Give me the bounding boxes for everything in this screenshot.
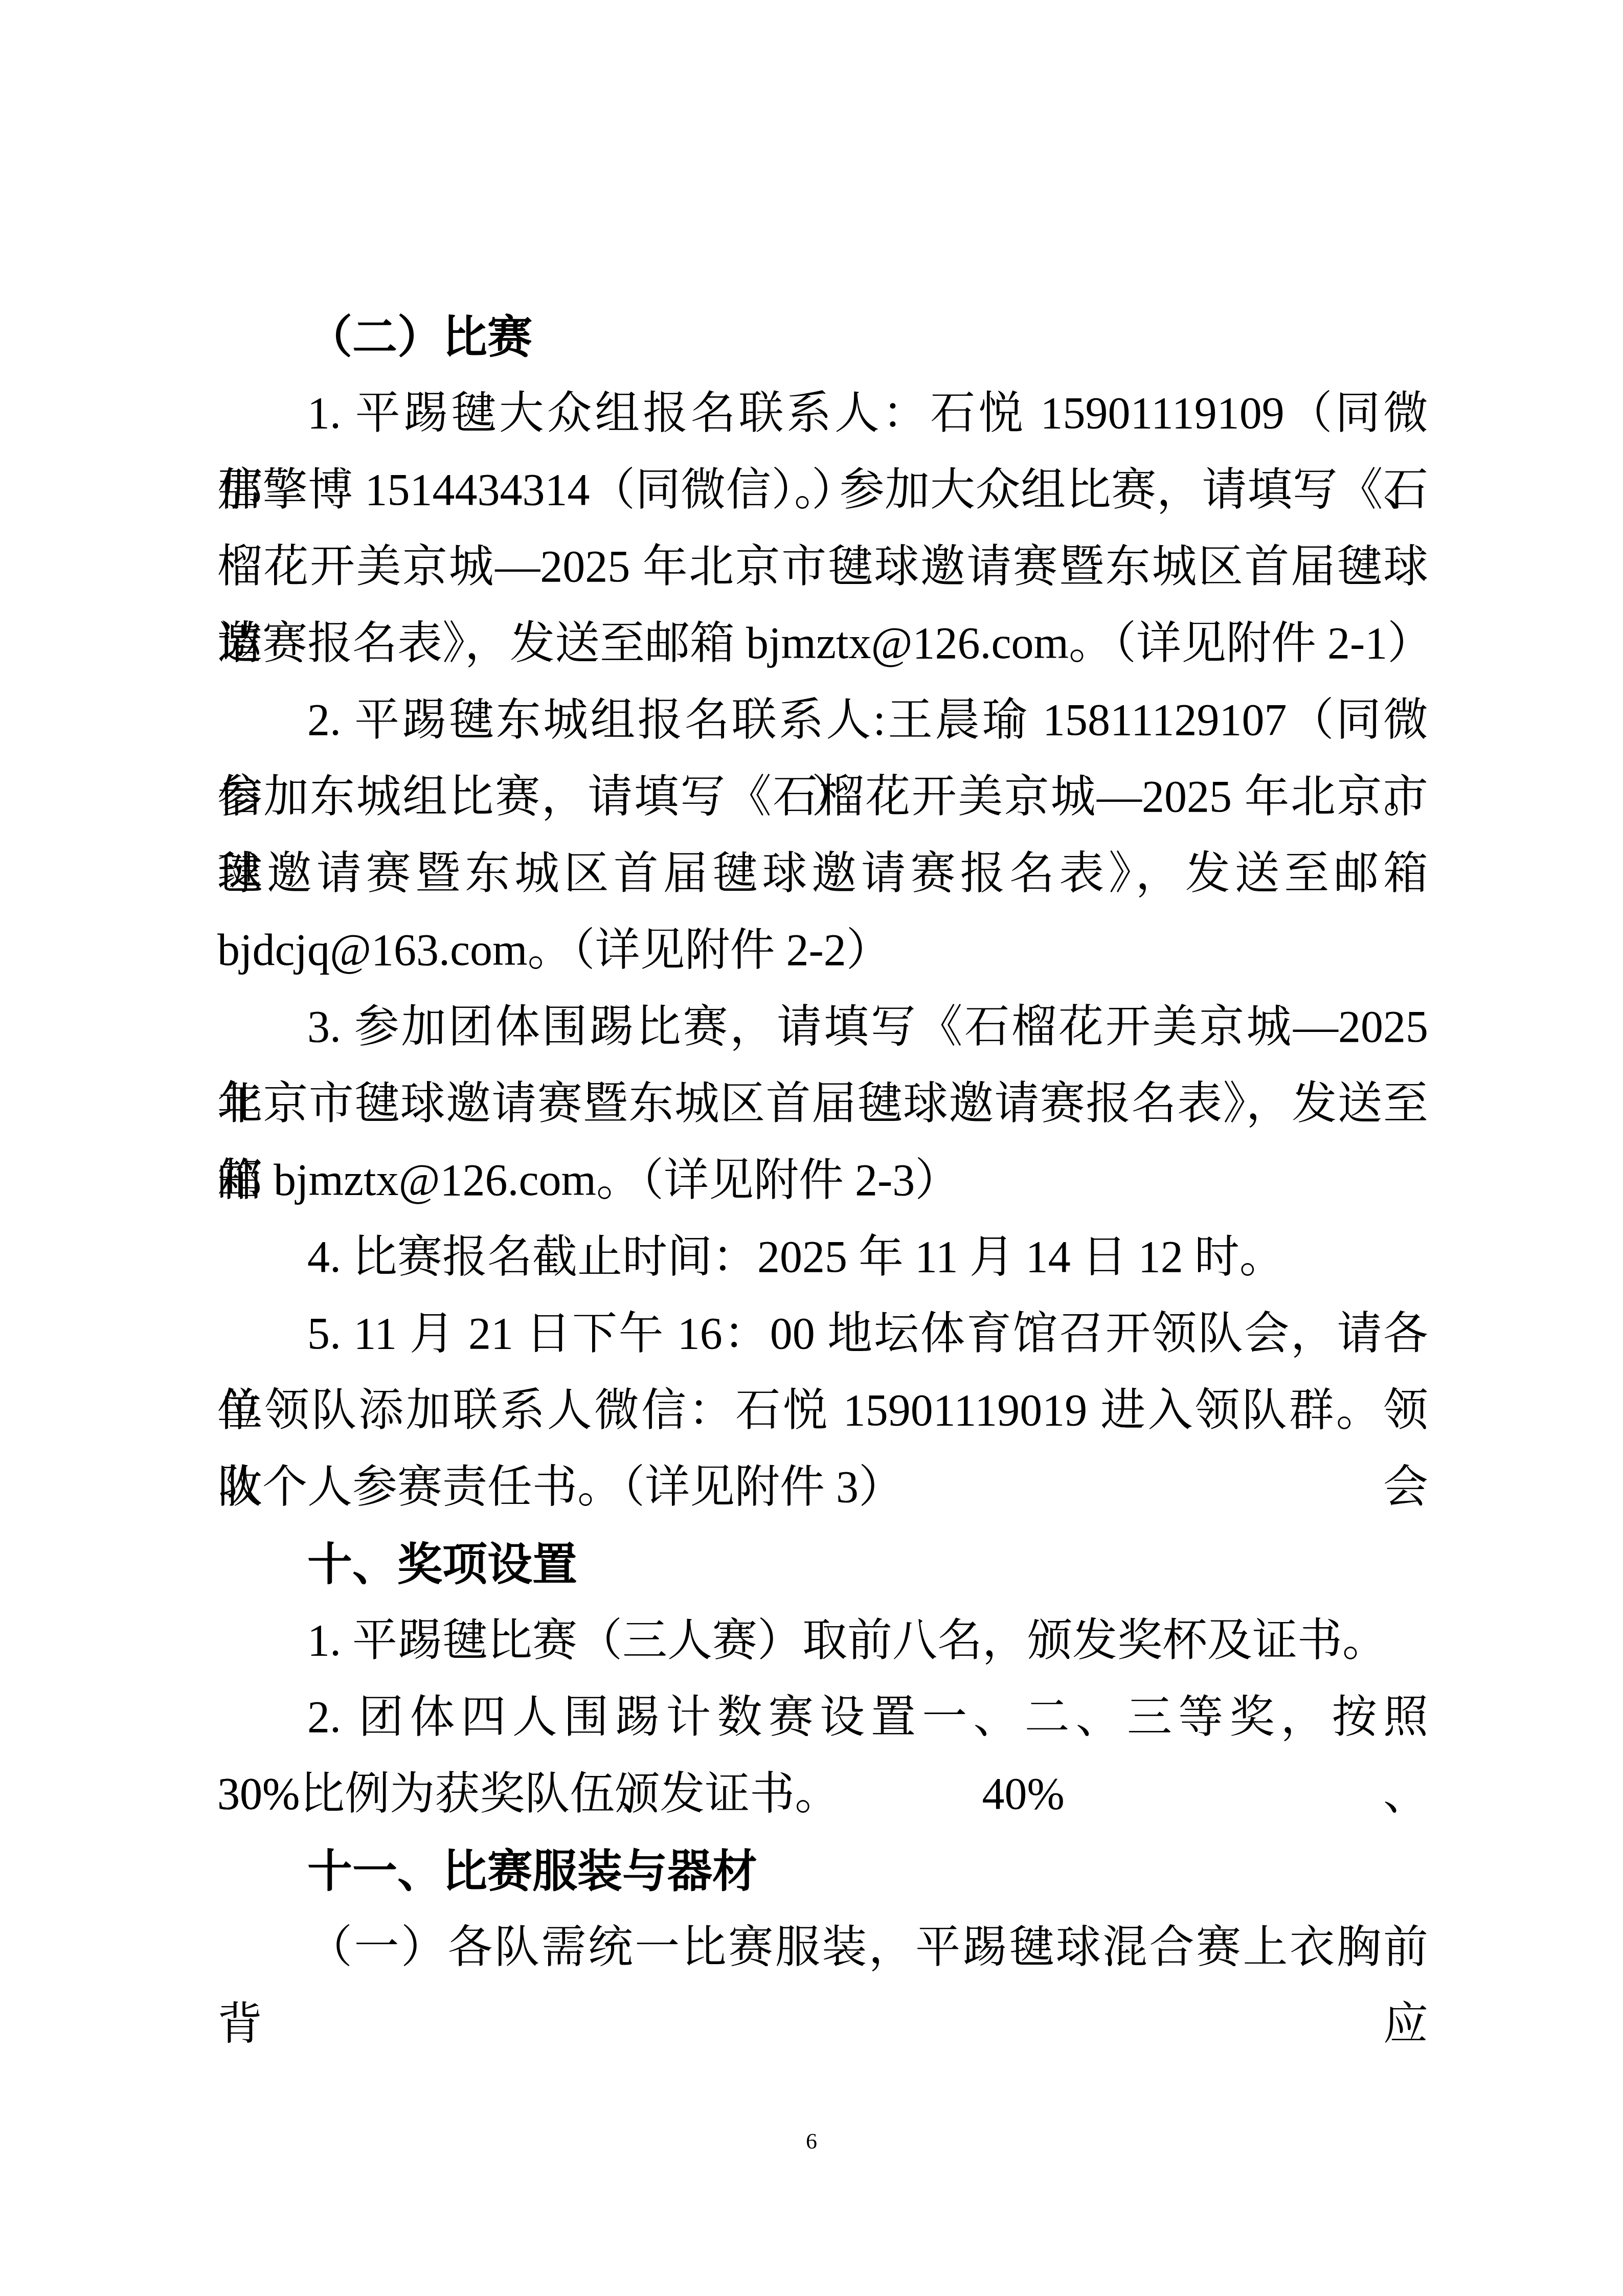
text-line: 4. 比赛报名截止时间：2025 年 11 月 14 日 12 时。 (217, 1219, 1428, 1296)
text-line: 榴花开美京城—2025 年北京市毽球邀请赛暨东城区首届毽球邀 (217, 529, 1428, 605)
paragraph-team-circle-kick-registration: 3. 参加团体围踢比赛，请填写《石榴花开美京城—2025 年北京市毽球邀请赛暨东… (217, 989, 1428, 1219)
text-line: 2. 团体四人围踢计数赛设置一、二、三等奖，按照 30%、40%、 (217, 1679, 1428, 1756)
section-heading-awards: 十、奖项设置 (217, 1526, 1428, 1603)
text-line: 5. 11 月 21 日下午 16：00 地坛体育馆召开领队会，请各单 (217, 1296, 1428, 1372)
text-line: 参加东城组比赛，请填写《石榴花开美京城—2025 年北京市毽 (217, 759, 1428, 836)
heading-line: 十一、比赛服装与器材 (217, 1833, 1428, 1909)
text-line: 1. 平踢毽大众组报名联系人：石悦 15901119109（同微信）、 (217, 375, 1428, 452)
page-number: 6 (0, 2126, 1623, 2157)
text-line: 1. 平踢毽比赛（三人赛）取前八名，颁发奖杯及证书。 (217, 1603, 1428, 1679)
heading-line: 十、奖项设置 (217, 1526, 1428, 1603)
document-body: （二）比赛1. 平踢毽大众组报名联系人：石悦 15901119109（同微信）、… (217, 299, 1428, 1986)
text-line: 北京市毽球邀请赛暨东城区首届毽球邀请赛报名表》，发送至邮 (217, 1066, 1428, 1142)
section-heading-competition: （二）比赛 (217, 299, 1428, 375)
paragraph-awards-certificates: 2. 团体四人围踢计数赛设置一、二、三等奖，按照 30%、40%、30%比例为获… (217, 1679, 1428, 1833)
text-line: 箱 bjmztx@126.com。（详见附件 2-3） (217, 1142, 1428, 1219)
paragraph-registration-deadline: 4. 比赛报名截止时间：2025 年 11 月 14 日 12 时。 (217, 1219, 1428, 1296)
text-line: bjdcjq@163.com。（详见附件 2-2） (217, 912, 1428, 989)
paragraph-uniform-requirement: （一）各队需统一比赛服装，平踢毽球混合赛上衣胸前背应 (217, 1909, 1428, 1986)
heading-line: （二）比赛 (217, 299, 1428, 375)
paragraph-awards-trophy: 1. 平踢毽比赛（三人赛）取前八名，颁发奖杯及证书。 (217, 1603, 1428, 1679)
text-line: 那擎博 1514434314（同微信）。参加大众组比赛，请填写《石 (217, 452, 1428, 529)
paragraph-dongcheng-group-registration: 2. 平踢毽东城组报名联系人:王晨瑜 15811129107（同微信）。参加东城… (217, 682, 1428, 989)
text-line: 3. 参加团体围踢比赛，请填写《石榴花开美京城—2025 年 (217, 989, 1428, 1066)
text-line: 请赛报名表》，发送至邮箱 bjmztx@126.com。（详见附件 2-1） (217, 605, 1428, 682)
text-line: 球邀请赛暨东城区首届毽球邀请赛报名表》，发送至邮箱 (217, 836, 1428, 912)
section-heading-uniform-equipment: 十一、比赛服装与器材 (217, 1833, 1428, 1909)
document-page: （二）比赛1. 平踢毽大众组报名联系人：石悦 15901119109（同微信）、… (0, 0, 1623, 2296)
paragraph-leaders-meeting: 5. 11 月 21 日下午 16：00 地坛体育馆召开领队会，请各单位领队添加… (217, 1296, 1428, 1526)
paragraph-mass-group-registration: 1. 平踢毽大众组报名联系人：石悦 15901119109（同微信）、那擎博 1… (217, 375, 1428, 682)
text-line: 2. 平踢毽东城组报名联系人:王晨瑜 15811129107（同微信）。 (217, 682, 1428, 759)
text-line: （一）各队需统一比赛服装，平踢毽球混合赛上衣胸前背应 (217, 1909, 1428, 1986)
text-line: 位领队添加联系人微信：石悦 15901119019 进入领队群。领队会 (217, 1372, 1428, 1449)
